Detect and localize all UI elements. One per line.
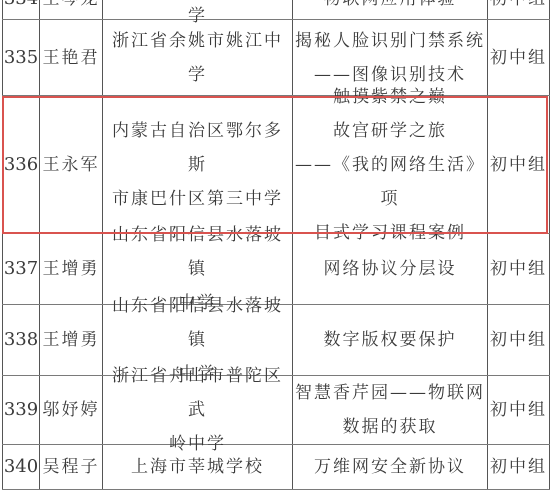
group-label: 初中组 — [488, 234, 550, 304]
school-name: 浙江省舟山市普陀区武岭中学 — [103, 376, 293, 444]
topic-line: 物联网应用体验 — [324, 0, 457, 16]
topic-line: 触摸紫禁之巅 — [333, 80, 447, 114]
topic-title: 触摸紫禁之巅故宫研学之旅——《我的网络生活》项目式学习课程案例 — [293, 96, 488, 233]
group-label: 初中组 — [488, 96, 550, 233]
topic-title: 网络协议分层设 — [293, 234, 488, 304]
school-name: 浙江省余姚市姚江中学 — [103, 20, 293, 95]
school-line: 市康巴什区第三中学 — [112, 182, 283, 216]
topic-line: 万维网安全新协议 — [314, 450, 466, 484]
teacher-name: 吴程子 — [40, 445, 103, 489]
row-number: 335 — [2, 20, 40, 95]
topic-line: 数字版权要保护 — [324, 323, 457, 357]
school-line: 山东省阳信县水落坡镇 — [103, 289, 292, 357]
topic-line: 揭秘人脸识别门禁系统 — [295, 24, 485, 58]
table-row: 339 邬妤婷 浙江省舟山市普陀区武岭中学 智慧香芹园——物联网数据的获取 初中… — [2, 376, 550, 445]
row-number: 337 — [2, 234, 40, 304]
school-name: 福建省福鼎市第六中学 — [103, 0, 293, 19]
school-line: 山东省阳信县水落坡镇 — [103, 218, 292, 286]
topic-title: 智慧香芹园——物联网数据的获取 — [293, 376, 488, 444]
school-line: 浙江省舟山市普陀区武 — [103, 359, 292, 427]
row-number: 340 — [2, 445, 40, 489]
group-label: 初中组 — [488, 20, 550, 95]
teacher-name: 王增勇 — [40, 234, 103, 304]
teacher-name: 王永军 — [40, 96, 103, 233]
school-line: 内蒙古自治区鄂尔多斯 — [103, 114, 292, 182]
table-row: 334 王琴龙 福建省福鼎市第六中学 物联网应用体验 初中组 — [2, 0, 550, 20]
teacher-name: 邬妤婷 — [40, 376, 103, 444]
row-number: 338 — [2, 305, 40, 375]
topic-line: 网络协议分层设 — [324, 252, 457, 286]
topic-line: 智慧香芹园——物联网 — [295, 376, 485, 410]
row-number: 336 — [2, 96, 40, 233]
school-name: 上海市莘城学校 — [103, 445, 293, 489]
group-label: 初中组 — [488, 445, 550, 489]
row-number: 339 — [2, 376, 40, 444]
topic-line: ——《我的网络生活》项 — [293, 148, 487, 216]
school-line: 浙江省余姚市姚江中学 — [103, 24, 292, 92]
group-label: 初中组 — [488, 376, 550, 444]
topic-line: 数据的获取 — [343, 410, 438, 444]
table-row: 340 吴程子 上海市莘城学校 万维网安全新协议 初中组 — [2, 445, 550, 490]
teacher-name: 王增勇 — [40, 305, 103, 375]
school-line: 上海市莘城学校 — [131, 450, 264, 484]
row-number: 334 — [2, 0, 40, 19]
topic-line: 故宫研学之旅 — [333, 114, 447, 148]
school-name: 内蒙古自治区鄂尔多斯市康巴什区第三中学 — [103, 96, 293, 233]
group-label: 初中组 — [488, 305, 550, 375]
teacher-name: 王琴龙 — [40, 0, 103, 19]
topic-title: 数字版权要保护 — [293, 305, 488, 375]
topic-title: 物联网应用体验 — [293, 0, 488, 19]
table-row: 336 王永军 内蒙古自治区鄂尔多斯市康巴什区第三中学 触摸紫禁之巅故宫研学之旅… — [2, 96, 550, 234]
group-label: 初中组 — [488, 0, 550, 19]
topic-title: 万维网安全新协议 — [293, 445, 488, 489]
teacher-name: 王艳君 — [40, 20, 103, 95]
